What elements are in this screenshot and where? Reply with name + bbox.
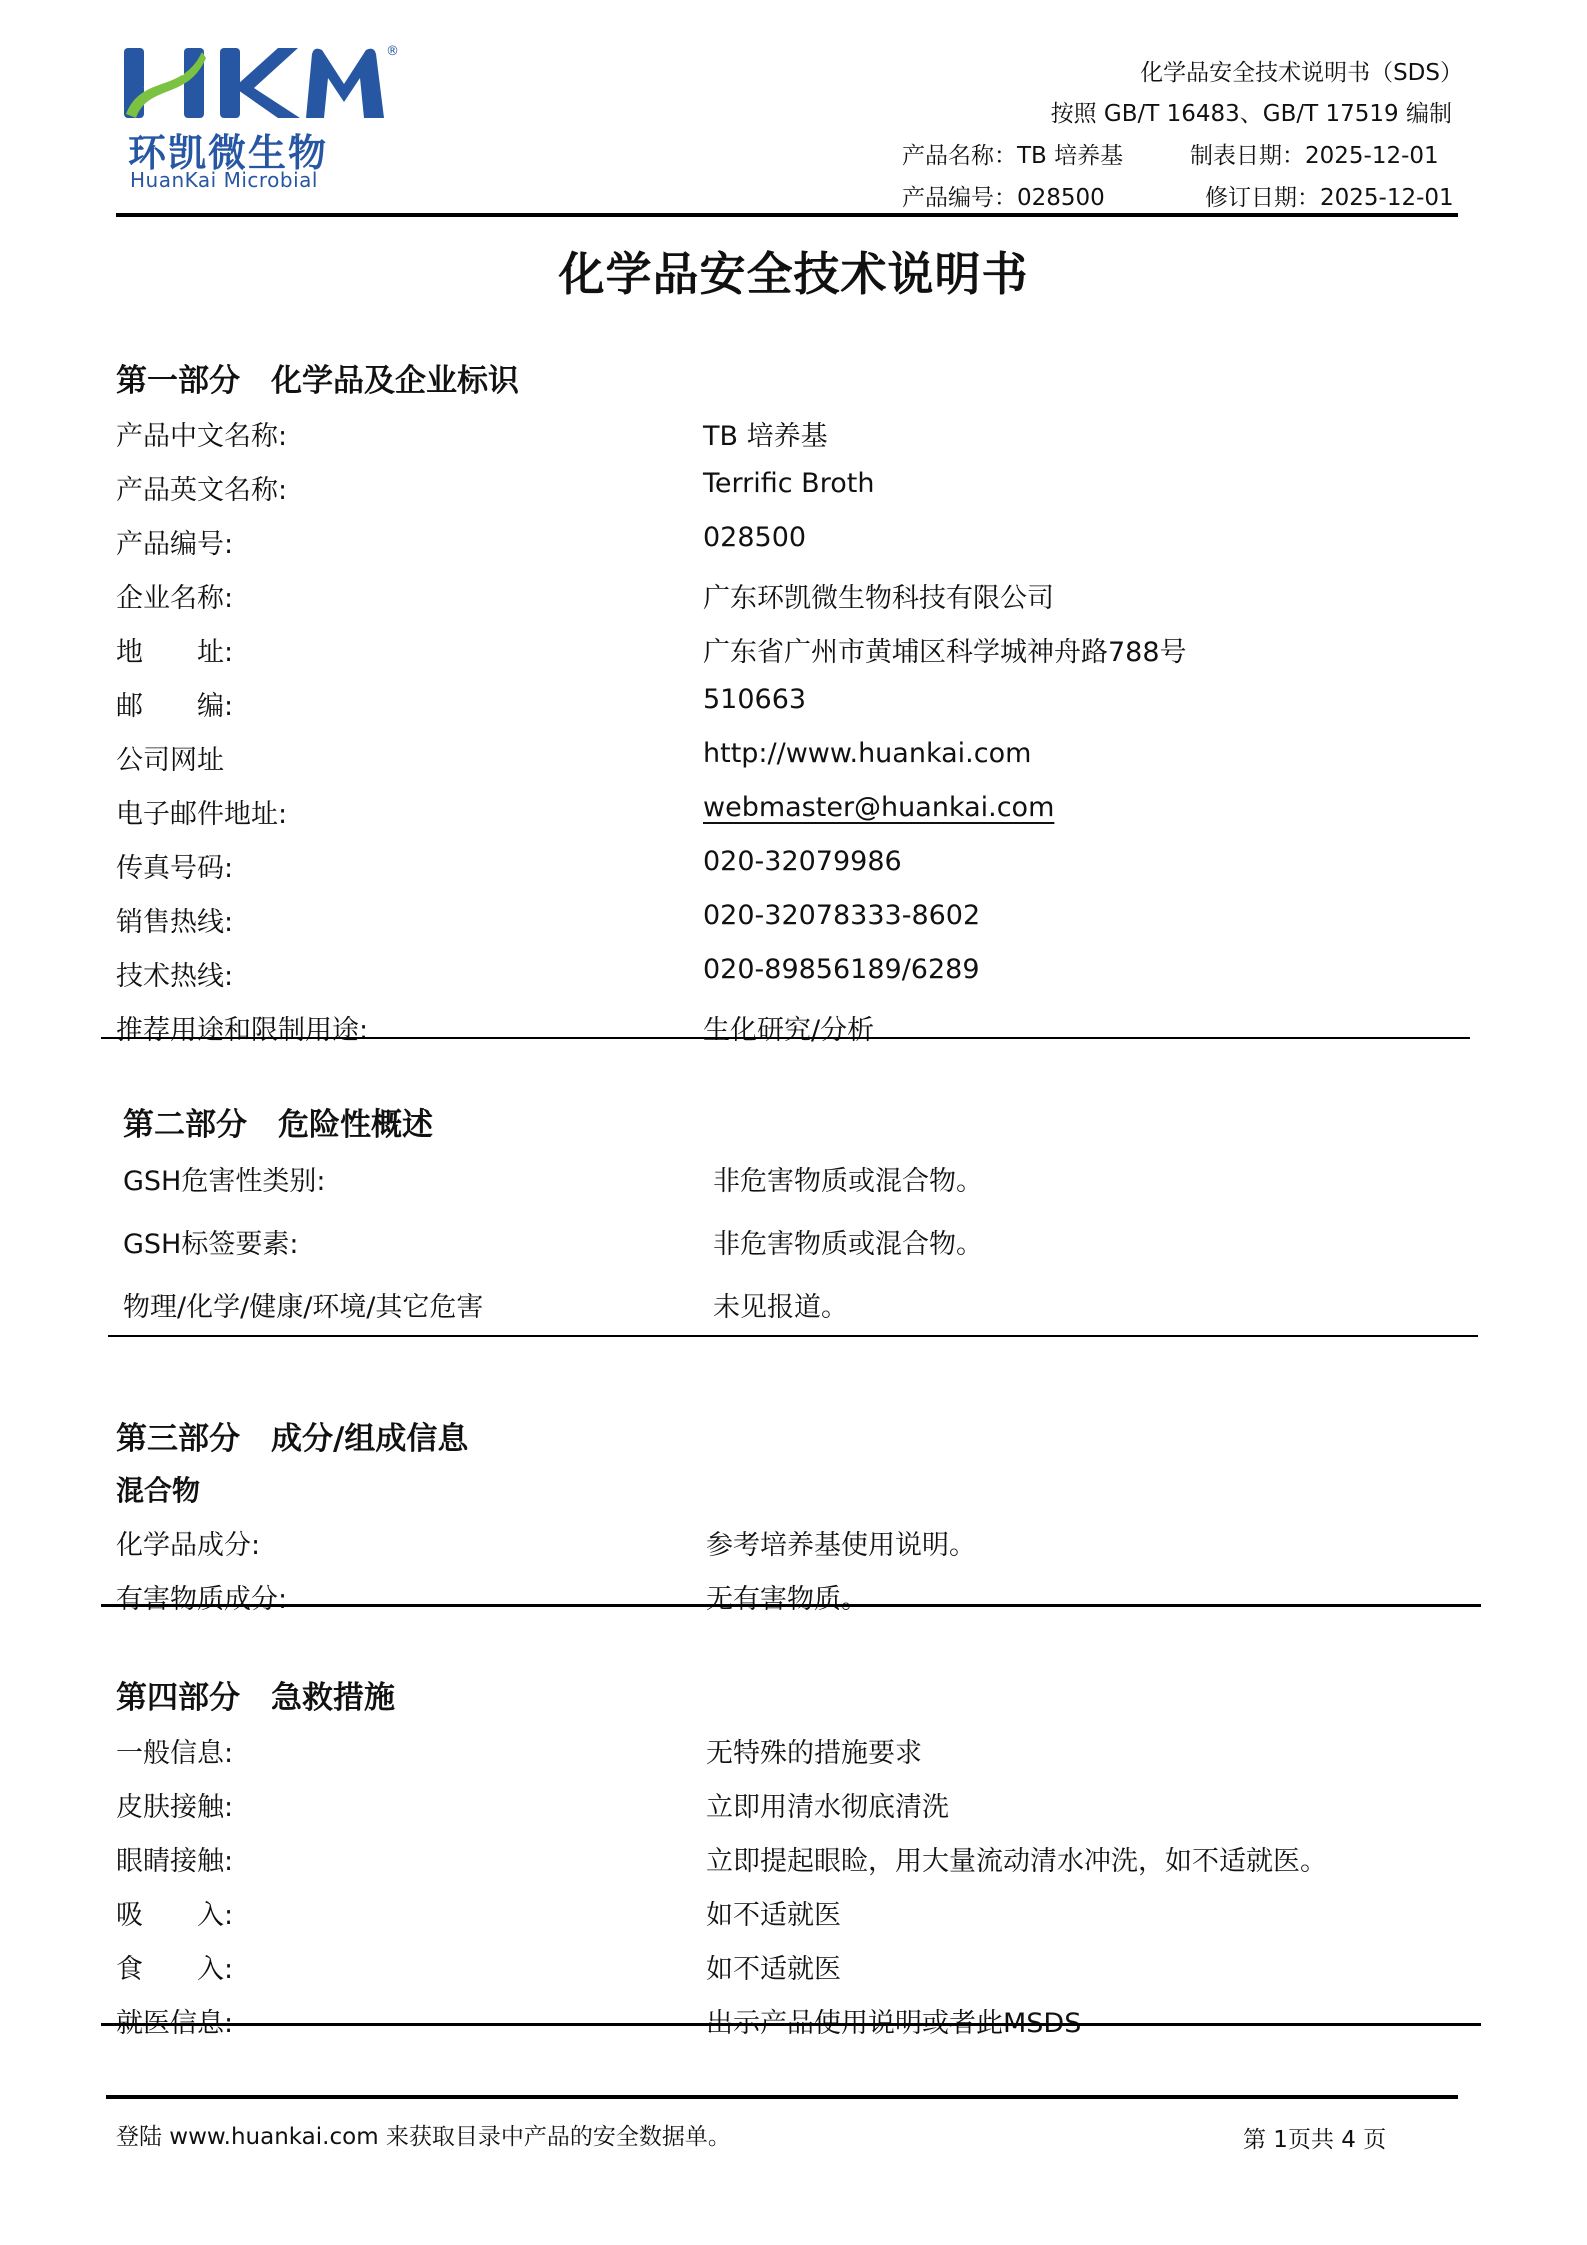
product-code-field: 产品编号：028500 bbox=[902, 179, 1105, 212]
section-divider bbox=[101, 2023, 1481, 2026]
row-label: 有害物质成分: bbox=[116, 1577, 287, 1616]
hkm-logo-mark-icon bbox=[122, 44, 387, 124]
row-label: 产品编号: bbox=[116, 522, 233, 561]
section-divider bbox=[108, 1335, 1478, 1337]
row-label: 电子邮件地址: bbox=[116, 792, 287, 831]
row-value: 广东环凯微生物科技有限公司 bbox=[703, 576, 1054, 615]
section-1-heading: 第一部分 化学品及企业标识 bbox=[116, 355, 519, 400]
row-value: 无特殊的措施要求 bbox=[706, 1731, 922, 1770]
row-value: 如不适就医 bbox=[706, 1947, 841, 1986]
prepared-date-value: 2025-12-01 bbox=[1305, 143, 1439, 169]
page-title: 化学品安全技术说明书 bbox=[0, 238, 1587, 304]
row-value: 立即提起眼睑，用大量流动清水冲洗，如不适就医。 bbox=[706, 1839, 1327, 1878]
row-label: 企业名称: bbox=[116, 576, 233, 615]
row-value: 020-32079986 bbox=[703, 846, 902, 877]
row-value: 无有害物质。 bbox=[706, 1577, 868, 1616]
row-label: GSH标签要素: bbox=[123, 1222, 298, 1261]
registered-mark: ® bbox=[386, 44, 399, 59]
row-label: 化学品成分: bbox=[116, 1523, 260, 1562]
row-value: 参考培养基使用说明。 bbox=[706, 1523, 976, 1562]
row-value: 020-89856189/6289 bbox=[703, 954, 980, 985]
row-label: GSH危害性类别: bbox=[123, 1159, 325, 1198]
row-label: 地 址: bbox=[116, 630, 233, 669]
row-value: 生化研究/分析 bbox=[703, 1008, 874, 1047]
row-label: 眼睛接触: bbox=[116, 1839, 233, 1878]
row-label: 产品英文名称: bbox=[116, 468, 287, 507]
row-value: 020-32078333-8602 bbox=[703, 900, 980, 931]
doc-type: 化学品安全技术说明书（SDS） bbox=[1140, 54, 1463, 87]
product-name-value: TB 培养基 bbox=[1017, 143, 1123, 169]
product-code-value: 028500 bbox=[1017, 185, 1105, 211]
footer-note: 登陆 www.huankai.com 来获取目录中产品的安全数据单。 bbox=[116, 2118, 731, 2151]
section-4-heading: 第四部分 急救措施 bbox=[116, 1672, 395, 1717]
row-label: 皮肤接触: bbox=[116, 1785, 233, 1824]
standard-reference: 按照 GB/T 16483、GB/T 17519 编制 bbox=[1051, 95, 1452, 128]
row-label: 推荐用途和限制用途: bbox=[116, 1008, 368, 1047]
row-label: 一般信息: bbox=[116, 1731, 233, 1770]
website-link[interactable]: http://www.huankai.com bbox=[703, 738, 1031, 769]
row-value: 510663 bbox=[703, 684, 806, 715]
row-label: 技术热线: bbox=[116, 954, 233, 993]
product-name-label: 产品名称： bbox=[902, 143, 1017, 169]
row-value: 立即用清水彻底清洗 bbox=[706, 1785, 949, 1824]
row-value: 非危害物质或混合物。 bbox=[713, 1159, 983, 1198]
row-value: 广东省广州市黄埔区科学城神舟路788号 bbox=[703, 630, 1187, 669]
row-value: Terrific Broth bbox=[703, 468, 874, 499]
row-label: 传真号码: bbox=[116, 846, 233, 885]
section-2-heading: 第二部分 危险性概述 bbox=[123, 1099, 433, 1144]
product-name-field: 产品名称：TB 培养基 bbox=[902, 137, 1123, 170]
product-code-label: 产品编号： bbox=[902, 185, 1017, 211]
row-label: 产品中文名称: bbox=[116, 414, 287, 453]
row-value: 未见报道。 bbox=[713, 1285, 848, 1324]
row-label: 食 入: bbox=[116, 1947, 233, 1986]
row-value: 如不适就医 bbox=[706, 1893, 841, 1932]
footer-rule bbox=[106, 2095, 1458, 2099]
row-label: 销售热线: bbox=[116, 900, 233, 939]
row-value: 028500 bbox=[703, 522, 806, 553]
prepared-date-field: 制表日期：2025-12-01 bbox=[1190, 137, 1439, 170]
section-divider bbox=[101, 1037, 1470, 1039]
revision-date-field: 修订日期：2025-12-01 bbox=[1205, 179, 1454, 212]
row-label: 邮 编: bbox=[116, 684, 233, 723]
page-number: 第 1页共 4 页 bbox=[1243, 2121, 1386, 2154]
row-value: TB 培养基 bbox=[703, 414, 828, 453]
row-label: 物理/化学/健康/环境/其它危害 bbox=[123, 1285, 483, 1324]
row-value: 非危害物质或混合物。 bbox=[713, 1222, 983, 1261]
prepared-date-label: 制表日期： bbox=[1190, 143, 1305, 169]
logo-name-en: HuanKai Microbial bbox=[130, 168, 318, 192]
row-value: 出示产品使用说明或者此MSDS bbox=[706, 2001, 1081, 2040]
company-logo: ® 环凯微生物 HuanKai Microbial bbox=[122, 44, 412, 194]
row-label: 吸 入: bbox=[116, 1893, 233, 1932]
revision-date-label: 修订日期： bbox=[1205, 185, 1320, 211]
email-link[interactable]: webmaster@huankai.com bbox=[703, 792, 1054, 823]
row-label: 就医信息: bbox=[116, 2001, 233, 2040]
revision-date-value: 2025-12-01 bbox=[1320, 185, 1454, 211]
row-label: 公司网址 bbox=[116, 738, 224, 777]
section-divider bbox=[101, 1604, 1481, 1607]
section-3-subheading: 混合物 bbox=[116, 1469, 200, 1509]
header-rule bbox=[116, 213, 1458, 217]
section-3-heading: 第三部分 成分/组成信息 bbox=[116, 1413, 468, 1458]
